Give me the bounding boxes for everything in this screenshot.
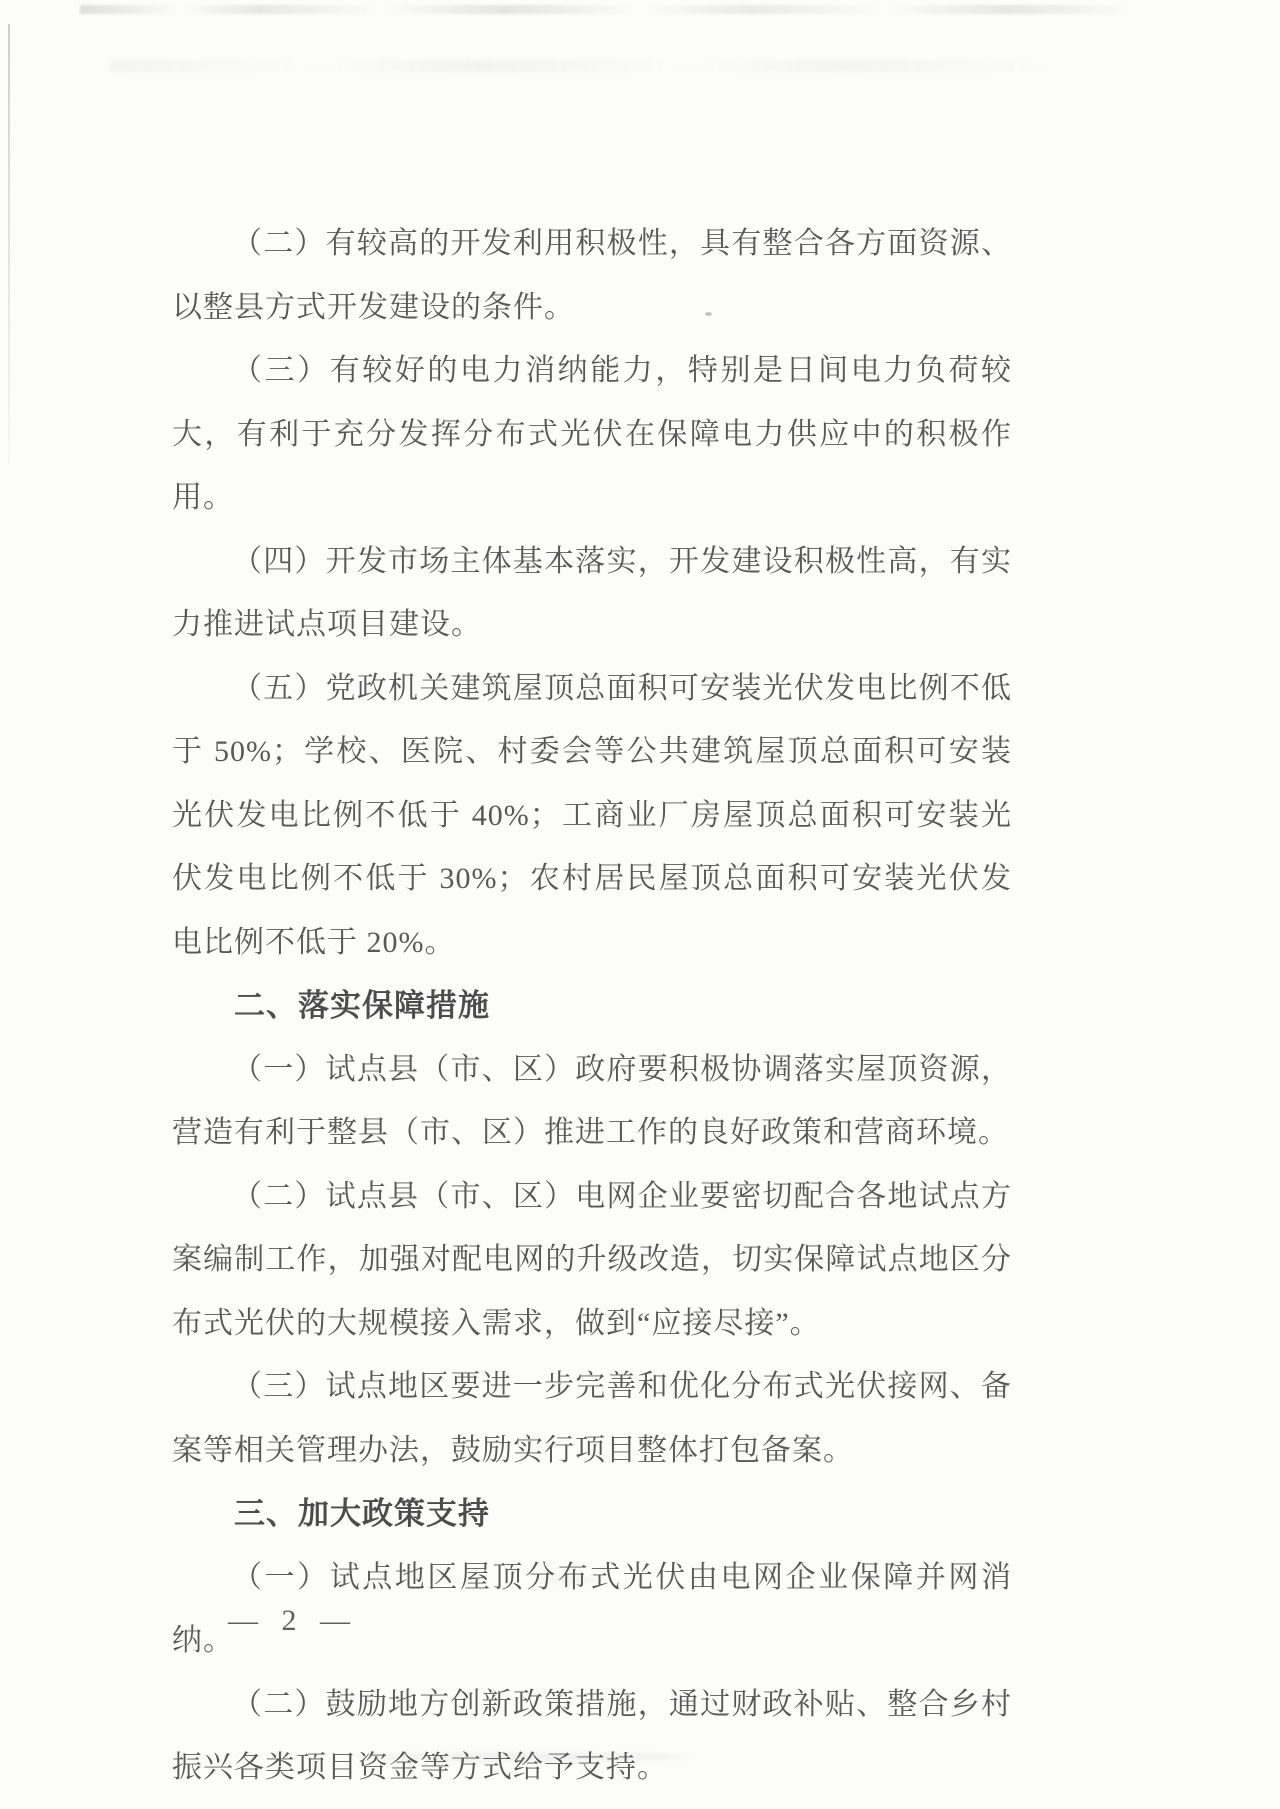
scan-artifact-top-edge (80, 5, 1200, 14)
paragraph-measure-3: （三）试点地区要进一步完善和优化分布式光伏接网、备案等相关管理办法，鼓励实行项目… (172, 1355, 1012, 1482)
paragraph-item-3: （三）有较好的电力消纳能力，特别是日间电力负荷较大，有利于充分发挥分布式光伏在保… (172, 339, 1012, 530)
section-heading-3: 三、加大政策支持 (172, 1482, 1012, 1546)
scan-artifact-smudge-band (110, 60, 1160, 72)
scan-artifact-left-edge-line (8, 24, 10, 464)
document-body: （二）有较高的开发利用积极性，具有整合各方面资源、以整县方式开发建设的条件。 （… (172, 212, 1012, 1800)
paragraph-measure-1: （一）试点县（市、区）政府要积极协调落实屋顶资源，营造有利于整县（市、区）推进工… (172, 1038, 1012, 1165)
scanned-document-page: （二）有较高的开发利用积极性，具有整合各方面资源、以整县方式开发建设的条件。 （… (0, 0, 1280, 1809)
paragraph-item-2: （二）有较高的开发利用积极性，具有整合各方面资源、以整县方式开发建设的条件。 (172, 212, 1012, 339)
page-number: — 2 — (228, 1604, 358, 1638)
paragraph-item-5: （五）党政机关建筑屋顶总面积可安装光伏发电比例不低于 50%；学校、医院、村委会… (172, 657, 1012, 975)
paragraph-policy-2: （二）鼓励地方创新政策措施，通过财政补贴、整合乡村振兴各类项目资金等方式给予支持… (172, 1673, 1012, 1800)
section-heading-2: 二、落实保障措施 (172, 974, 1012, 1038)
paragraph-item-4: （四）开发市场主体基本落实，开发建设积极性高，有实力推进试点项目建设。 (172, 530, 1012, 657)
paragraph-measure-2: （二）试点县（市、区）电网企业要密切配合各地试点方案编制工作，加强对配电网的升级… (172, 1165, 1012, 1356)
